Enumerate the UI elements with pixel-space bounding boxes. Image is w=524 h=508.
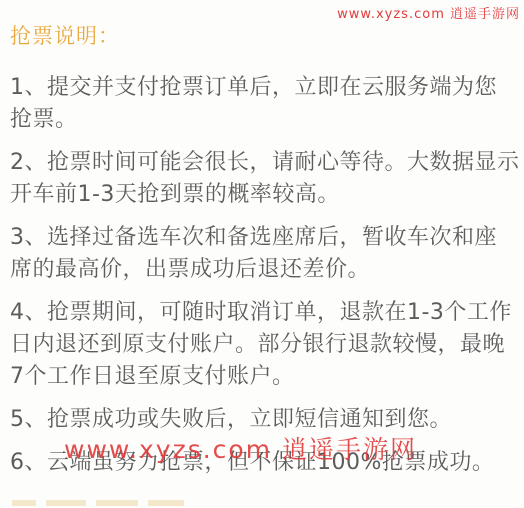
instruction-item-2: 2、抢票时间可能会很长，请耐心等待。大数据显示 开车前1-3天抢到票的概率较高。 bbox=[10, 147, 514, 211]
clipped-glyph-top bbox=[46, 500, 86, 506]
instruction-item-4-line-2: 日内退还到原支付账户。部分银行退款较慢，最晚 bbox=[10, 329, 514, 361]
site-watermark-top: www.xyzs.com 逍遥手游网 bbox=[337, 3, 520, 22]
instruction-item-1: 1、提交并支付抢票订单后，立即在云服务端为您 抢票。 bbox=[10, 72, 514, 136]
clipped-glyph-top bbox=[148, 500, 184, 506]
clipped-glyph-top bbox=[12, 500, 36, 506]
instruction-item-3: 3、选择过备选车次和备选座席后，暂收车次和座 席的最高价，出票成功后退还差价。 bbox=[10, 222, 514, 286]
instruction-item-1-line-1: 1、提交并支付抢票订单后，立即在云服务端为您 bbox=[10, 72, 514, 104]
instruction-item-4-line-3: 7个工作日退至原支付账户。 bbox=[10, 361, 514, 393]
instruction-item-3-line-2: 席的最高价，出票成功后退还差价。 bbox=[10, 254, 514, 286]
instruction-item-2-line-2: 开车前1-3天抢到票的概率较高。 bbox=[10, 179, 514, 211]
instruction-item-2-line-1: 2、抢票时间可能会很长，请耐心等待。大数据显示 bbox=[10, 147, 514, 179]
instruction-item-3-line-1: 3、选择过备选车次和备选座席后，暂收车次和座 bbox=[10, 222, 514, 254]
instruction-item-4: 4、抢票期间，可随时取消订单，退款在1-3个工作 日内退还到原支付账户。部分银行… bbox=[10, 297, 514, 393]
page-title: 抢票说明： bbox=[10, 22, 514, 50]
clipped-text-fragment bbox=[12, 500, 184, 506]
instruction-item-4-line-1: 4、抢票期间，可随时取消订单，退款在1-3个工作 bbox=[10, 297, 514, 329]
site-watermark-middle: www.xyzs.com 逍遥手游网 bbox=[64, 430, 417, 466]
clipped-glyph-top bbox=[96, 500, 138, 506]
instruction-item-1-line-2: 抢票。 bbox=[10, 104, 514, 136]
ticket-grab-instructions-page: www.xyzs.com 逍遥手游网 抢票说明： 1、提交并支付抢票订单后，立即… bbox=[0, 0, 524, 508]
